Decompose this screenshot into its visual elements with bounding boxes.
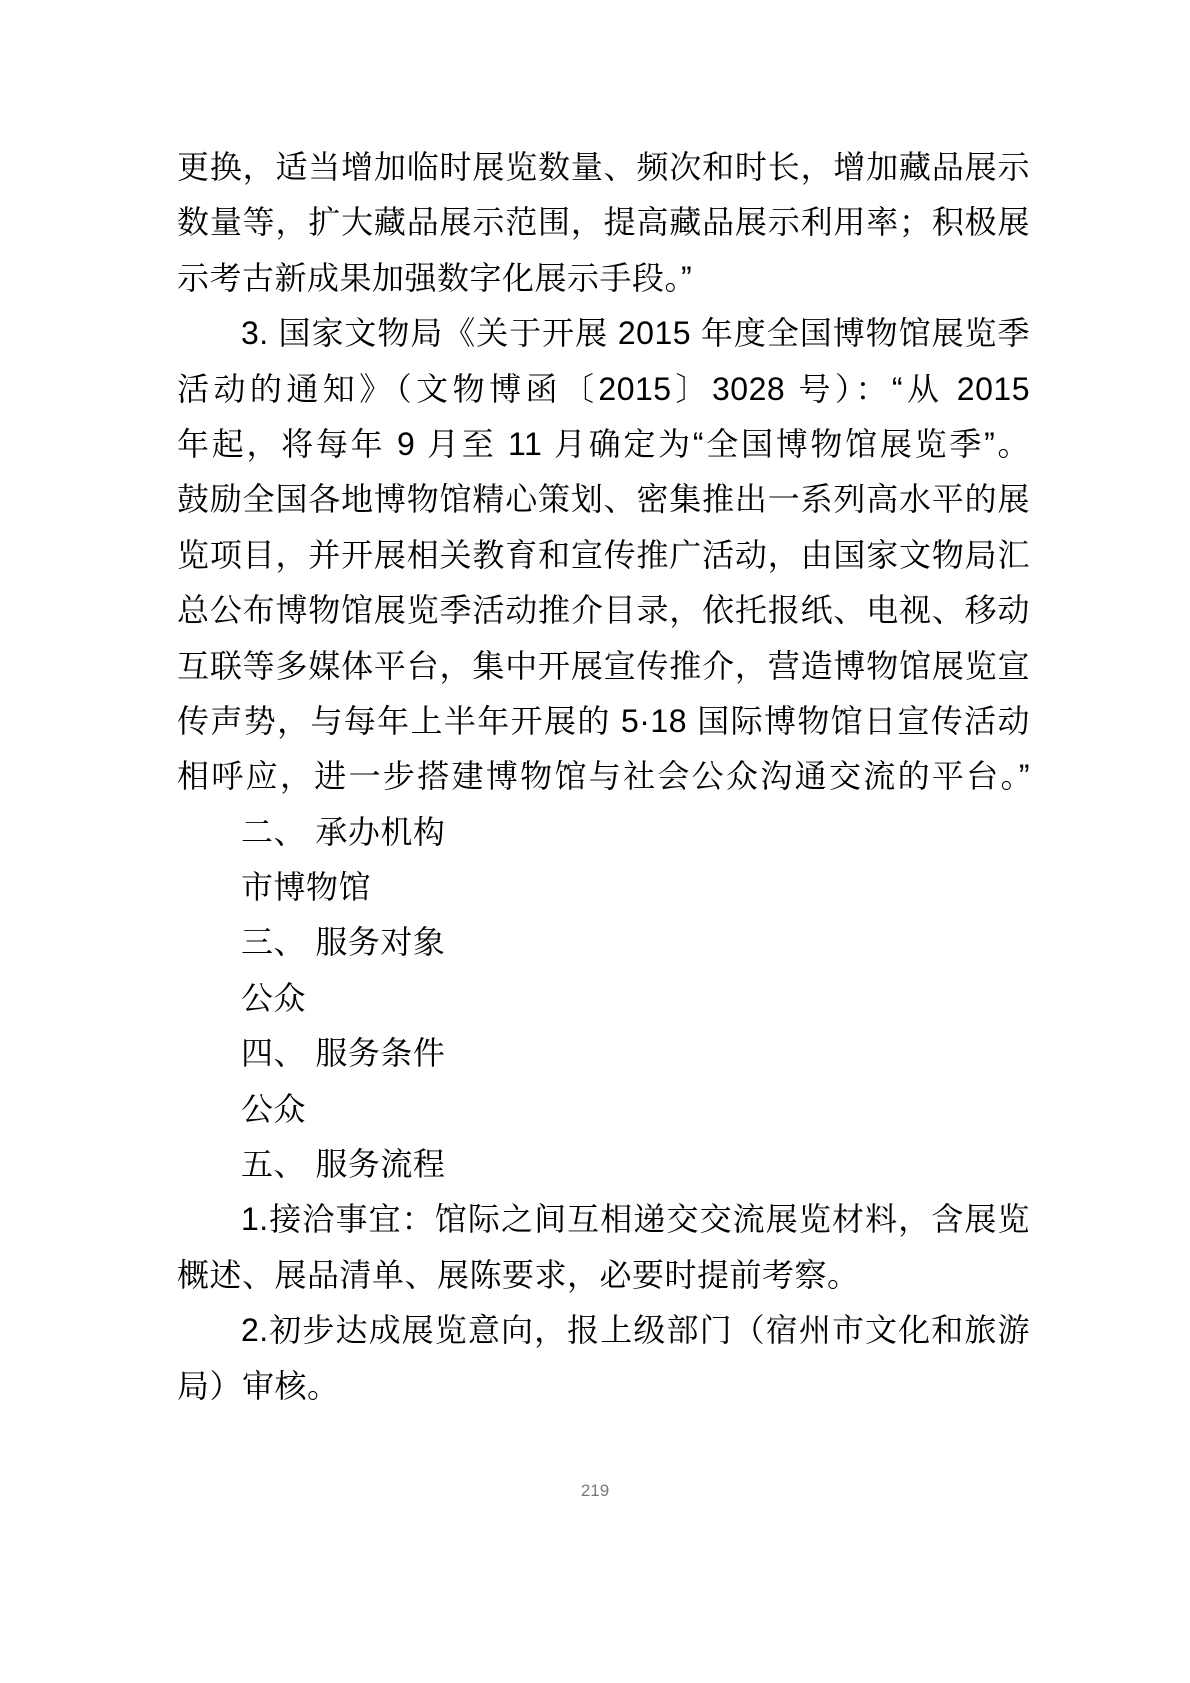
section-heading-4: 四、 服务条件 bbox=[177, 1026, 1030, 1081]
document-line: 传声势，与每年上半年开展的 5·18 国际博物馆日宣传活动 bbox=[177, 694, 1030, 749]
document-line: 公众 bbox=[177, 971, 1030, 1026]
document-line: 相呼应，进一步搭建博物馆与社会公众沟通交流的平台。” bbox=[177, 749, 1030, 804]
document-line: 年起，将每年 9 月至 11 月确定为“全国博物馆展览季”。 bbox=[177, 417, 1030, 472]
document-line: 市博物馆 bbox=[177, 860, 1030, 915]
document-line: 活动的通知》（文物博函〔2015〕3028 号）：“从 2015 bbox=[177, 362, 1030, 417]
document-line: 互联等多媒体平台，集中开展宣传推介，营造博物馆展览宣 bbox=[177, 639, 1030, 694]
page-number: 219 bbox=[0, 1481, 1190, 1501]
document-line: 数量等，扩大藏品展示范围，提高藏品展示利用率；积极展 bbox=[177, 195, 1030, 250]
section-heading-2: 二、 承办机构 bbox=[177, 805, 1030, 860]
document-body: 更换，适当增加临时展览数量、频次和时长，增加藏品展示 数量等，扩大藏品展示范围，… bbox=[177, 140, 1030, 1414]
section-heading-3: 三、 服务对象 bbox=[177, 915, 1030, 970]
document-line: 览项目，并开展相关教育和宣传推广活动，由国家文物局汇 bbox=[177, 528, 1030, 583]
document-line: 示考古新成果加强数字化展示手段。” bbox=[177, 251, 1030, 306]
document-line: 概述、展品清单、展陈要求，必要时提前考察。 bbox=[177, 1248, 1030, 1303]
document-line: 1.接洽事宜：馆际之间互相递交交流展览材料，含展览 bbox=[177, 1192, 1030, 1247]
section-heading-5: 五、 服务流程 bbox=[177, 1137, 1030, 1192]
document-line: 3. 国家文物局《关于开展 2015 年度全国博物馆展览季 bbox=[177, 306, 1030, 361]
document-line: 鼓励全国各地博物馆精心策划、密集推出一系列高水平的展 bbox=[177, 472, 1030, 527]
document-page: 更换，适当增加临时展览数量、频次和时长，增加藏品展示 数量等，扩大藏品展示范围，… bbox=[0, 0, 1190, 1683]
document-line: 局）审核。 bbox=[177, 1359, 1030, 1414]
document-line: 2.初步达成展览意向，报上级部门（宿州市文化和旅游 bbox=[177, 1303, 1030, 1358]
document-line: 更换，适当增加临时展览数量、频次和时长，增加藏品展示 bbox=[177, 140, 1030, 195]
document-line: 公众 bbox=[177, 1082, 1030, 1137]
document-line: 总公布博物馆展览季活动推介目录，依托报纸、电视、移动 bbox=[177, 583, 1030, 638]
